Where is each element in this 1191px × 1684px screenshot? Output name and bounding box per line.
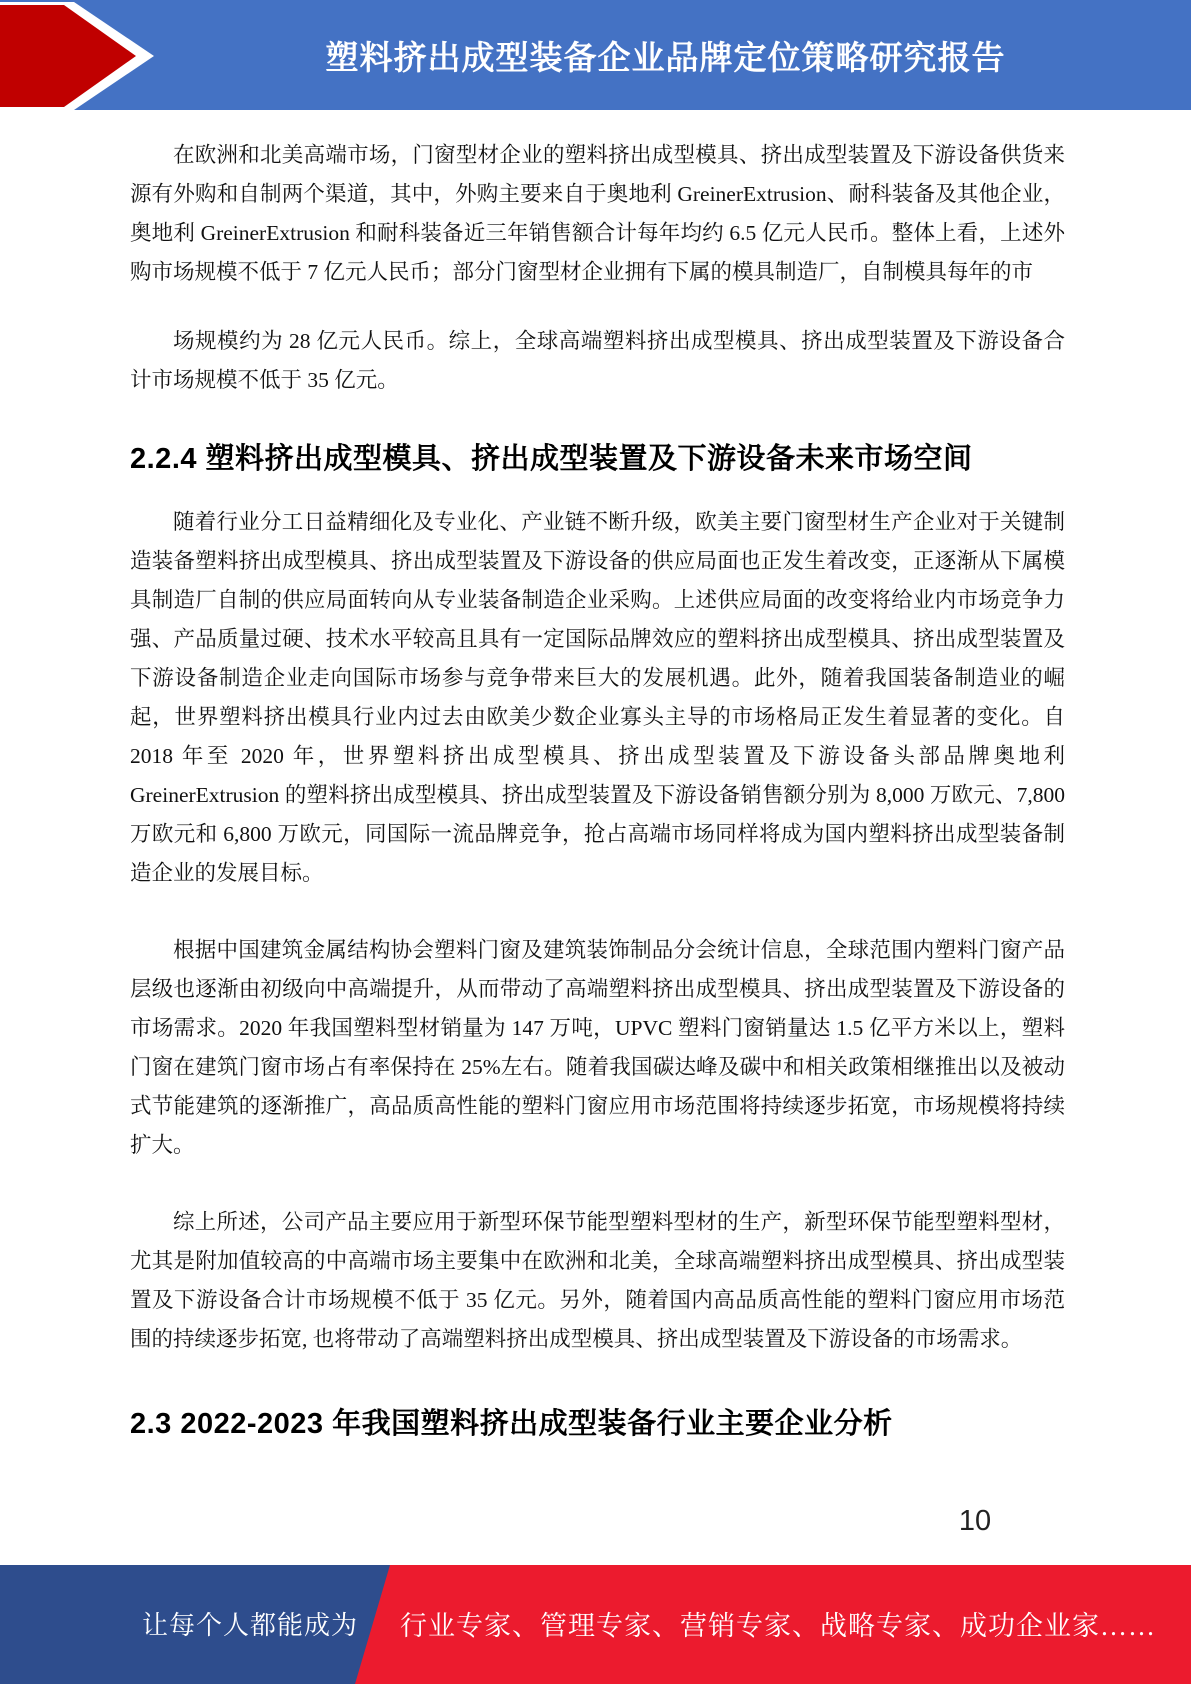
chevron-arrow-icon	[0, 2, 160, 110]
paragraph-summary: 综上所述，公司产品主要应用于新型环保节能型塑料型材的生产，新型环保节能型塑料型材…	[130, 1203, 1065, 1359]
page-footer: 让每个人都能成为 行业专家、管理专家、营销专家、战略专家、成功企业家……	[0, 1565, 1191, 1684]
report-page: 塑料挤出成型装备企业品牌定位策略研究报告 在欧洲和北美高端市场，门窗型材企业的塑…	[0, 0, 1191, 1684]
paragraph-domestic-demand: 根据中国建筑金属结构协会塑料门窗及建筑装饰制品分会统计信息，全球范围内塑料门窗产…	[130, 931, 1065, 1165]
paragraph-future-market: 随着行业分工日益精细化及专业化、产业链不断升级，欧美主要门窗型材生产企业对于关键…	[130, 503, 1065, 893]
document-body: 在欧洲和北美高端市场，门窗型材企业的塑料挤出成型模具、挤出成型装置及下游设备供货…	[130, 110, 1065, 1442]
report-title: 塑料挤出成型装备企业品牌定位策略研究报告	[170, 0, 1161, 110]
section-heading-2-3: 2.3 2022-2023 年我国塑料挤出成型装备行业主要企业分析	[130, 1401, 1065, 1442]
page-header: 塑料挤出成型装备企业品牌定位策略研究报告	[0, 0, 1191, 110]
page-number: 10	[925, 1505, 1025, 1538]
paragraph-supply-channels: 在欧洲和北美高端市场，门窗型材企业的塑料挤出成型模具、挤出成型装置及下游设备供货…	[130, 136, 1065, 292]
paragraph-market-size: 场规模约为 28 亿元人民币。综上，全球高端塑料挤出成型模具、挤出成型装置及下游…	[130, 322, 1065, 400]
footer-slogan-right: 行业专家、管理专家、营销专家、战略专家、成功企业家……	[400, 1603, 1156, 1642]
footer-slogan-left: 让每个人都能成为	[140, 1605, 360, 1642]
section-heading-2-2-4: 2.2.4 塑料挤出成型模具、挤出成型装置及下游设备未来市场空间	[130, 436, 1065, 477]
